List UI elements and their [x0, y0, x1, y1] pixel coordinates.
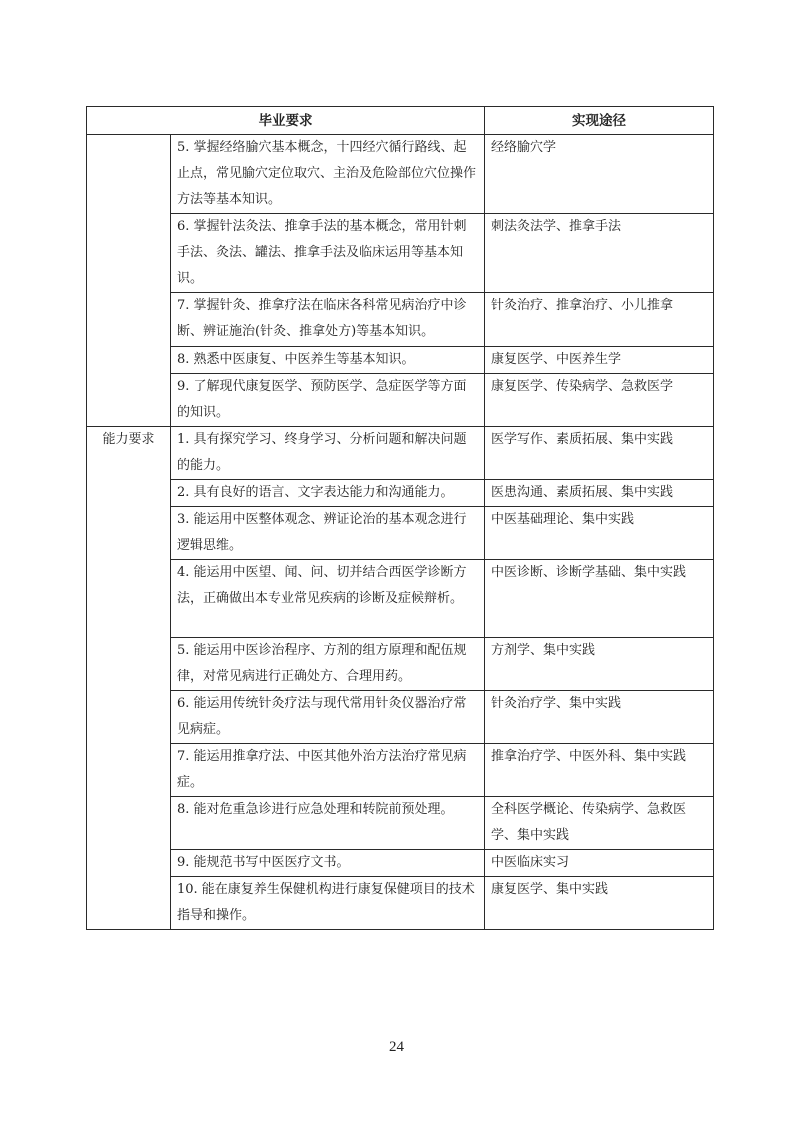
requirement-cell: 5. 能运用中医诊治程序、方剂的组方原理和配伍规律，对常见病进行正确处方、合理用…: [171, 638, 485, 691]
pathway-cell: 针灸治疗、推拿治疗、小儿推拿: [485, 293, 714, 347]
table-row: 8. 能对危重急诊进行应急处理和转院前预处理。 全科医学概论、传染病学、急救医学…: [87, 797, 714, 850]
table-row: 4. 能运用中医望、闻、问、切并结合西医学诊断方法，正确做出本专业常见疾病的诊断…: [87, 560, 714, 638]
table-row: 8. 熟悉中医康复、中医养生等基本知识。 康复医学、中医养生学: [87, 347, 714, 374]
requirement-cell: 6. 能运用传统针灸疗法与现代常用针灸仪器治疗常见病症。: [171, 691, 485, 744]
pathway-cell: 中医诊断、诊断学基础、集中实践: [485, 560, 714, 638]
pathway-cell: 康复医学、集中实践: [485, 877, 714, 930]
pathway-cell: 经络腧穴学: [485, 135, 714, 214]
requirement-cell: 4. 能运用中医望、闻、问、切并结合西医学诊断方法，正确做出本专业常见疾病的诊断…: [171, 560, 485, 638]
table-row: 5. 掌握经络腧穴基本概念，十四经穴循行路线、起止点，常见腧穴定位取穴、主治及危…: [87, 135, 714, 214]
pathway-cell: 医学写作、素质拓展、集中实践: [485, 427, 714, 480]
category-cell: [87, 135, 171, 427]
table-row: 能力要求 1. 具有探究学习、终身学习、分析问题和解决问题的能力。 医学写作、素…: [87, 427, 714, 480]
table-row: 9. 能规范书写中医医疗文书。 中医临床实习: [87, 850, 714, 877]
pathway-cell: 中医基础理论、集中实践: [485, 507, 714, 560]
pathway-cell: 方剂学、集中实践: [485, 638, 714, 691]
requirement-cell: 7. 能运用推拿疗法、中医其他外治方法治疗常见病症。: [171, 744, 485, 797]
pathway-cell: 针灸治疗学、集中实践: [485, 691, 714, 744]
pathway-cell: 中医临床实习: [485, 850, 714, 877]
table-row: 3. 能运用中医整体观念、辨证论治的基本观念进行逻辑思维。 中医基础理论、集中实…: [87, 507, 714, 560]
table-row: 2. 具有良好的语言、文字表达能力和沟通能力。 医患沟通、素质拓展、集中实践: [87, 480, 714, 507]
table-row: 5. 能运用中医诊治程序、方剂的组方原理和配伍规律，对常见病进行正确处方、合理用…: [87, 638, 714, 691]
requirement-cell: 8. 能对危重急诊进行应急处理和转院前预处理。: [171, 797, 485, 850]
header-pathway: 实现途径: [485, 107, 714, 135]
document-page: 毕业要求 实现途径 5. 掌握经络腧穴基本概念，十四经穴循行路线、起止点，常见腧…: [0, 0, 793, 1122]
graduation-requirements-table: 毕业要求 实现途径 5. 掌握经络腧穴基本概念，十四经穴循行路线、起止点，常见腧…: [86, 106, 714, 930]
pathway-cell: 推拿治疗学、中医外科、集中实践: [485, 744, 714, 797]
table-row: 6. 掌握针法灸法、推拿手法的基本概念，常用针刺手法、灸法、罐法、推拿手法及临床…: [87, 214, 714, 293]
pathway-cell: 刺法灸法学、推拿手法: [485, 214, 714, 293]
requirement-cell: 1. 具有探究学习、终身学习、分析问题和解决问题的能力。: [171, 427, 485, 480]
header-requirement: 毕业要求: [87, 107, 485, 135]
pathway-cell: 医患沟通、素质拓展、集中实践: [485, 480, 714, 507]
requirement-cell: 9. 能规范书写中医医疗文书。: [171, 850, 485, 877]
requirement-cell: 3. 能运用中医整体观念、辨证论治的基本观念进行逻辑思维。: [171, 507, 485, 560]
table-row: 10. 能在康复养生保健机构进行康复保健项目的技术指导和操作。 康复医学、集中实…: [87, 877, 714, 930]
pathway-cell: 康复医学、传染病学、急救医学: [485, 374, 714, 427]
category-cell: 能力要求: [87, 427, 171, 930]
table-row: 7. 能运用推拿疗法、中医其他外治方法治疗常见病症。 推拿治疗学、中医外科、集中…: [87, 744, 714, 797]
requirement-cell: 6. 掌握针法灸法、推拿手法的基本概念，常用针刺手法、灸法、罐法、推拿手法及临床…: [171, 214, 485, 293]
requirement-cell: 7. 掌握针灸、推拿疗法在临床各科常见病治疗中诊断、辨证施治(针灸、推拿处方)等…: [171, 293, 485, 347]
requirement-cell: 10. 能在康复养生保健机构进行康复保健项目的技术指导和操作。: [171, 877, 485, 930]
table-row: 9. 了解现代康复医学、预防医学、急症医学等方面的知识。 康复医学、传染病学、急…: [87, 374, 714, 427]
pathway-cell: 全科医学概论、传染病学、急救医学、集中实践: [485, 797, 714, 850]
requirement-cell: 5. 掌握经络腧穴基本概念，十四经穴循行路线、起止点，常见腧穴定位取穴、主治及危…: [171, 135, 485, 214]
table-header-row: 毕业要求 实现途径: [87, 107, 714, 135]
requirement-cell: 8. 熟悉中医康复、中医养生等基本知识。: [171, 347, 485, 374]
table-row: 7. 掌握针灸、推拿疗法在临床各科常见病治疗中诊断、辨证施治(针灸、推拿处方)等…: [87, 293, 714, 347]
requirement-cell: 2. 具有良好的语言、文字表达能力和沟通能力。: [171, 480, 485, 507]
page-number: 24: [0, 1039, 793, 1056]
requirement-cell: 9. 了解现代康复医学、预防医学、急症医学等方面的知识。: [171, 374, 485, 427]
table-row: 6. 能运用传统针灸疗法与现代常用针灸仪器治疗常见病症。 针灸治疗学、集中实践: [87, 691, 714, 744]
pathway-cell: 康复医学、中医养生学: [485, 347, 714, 374]
